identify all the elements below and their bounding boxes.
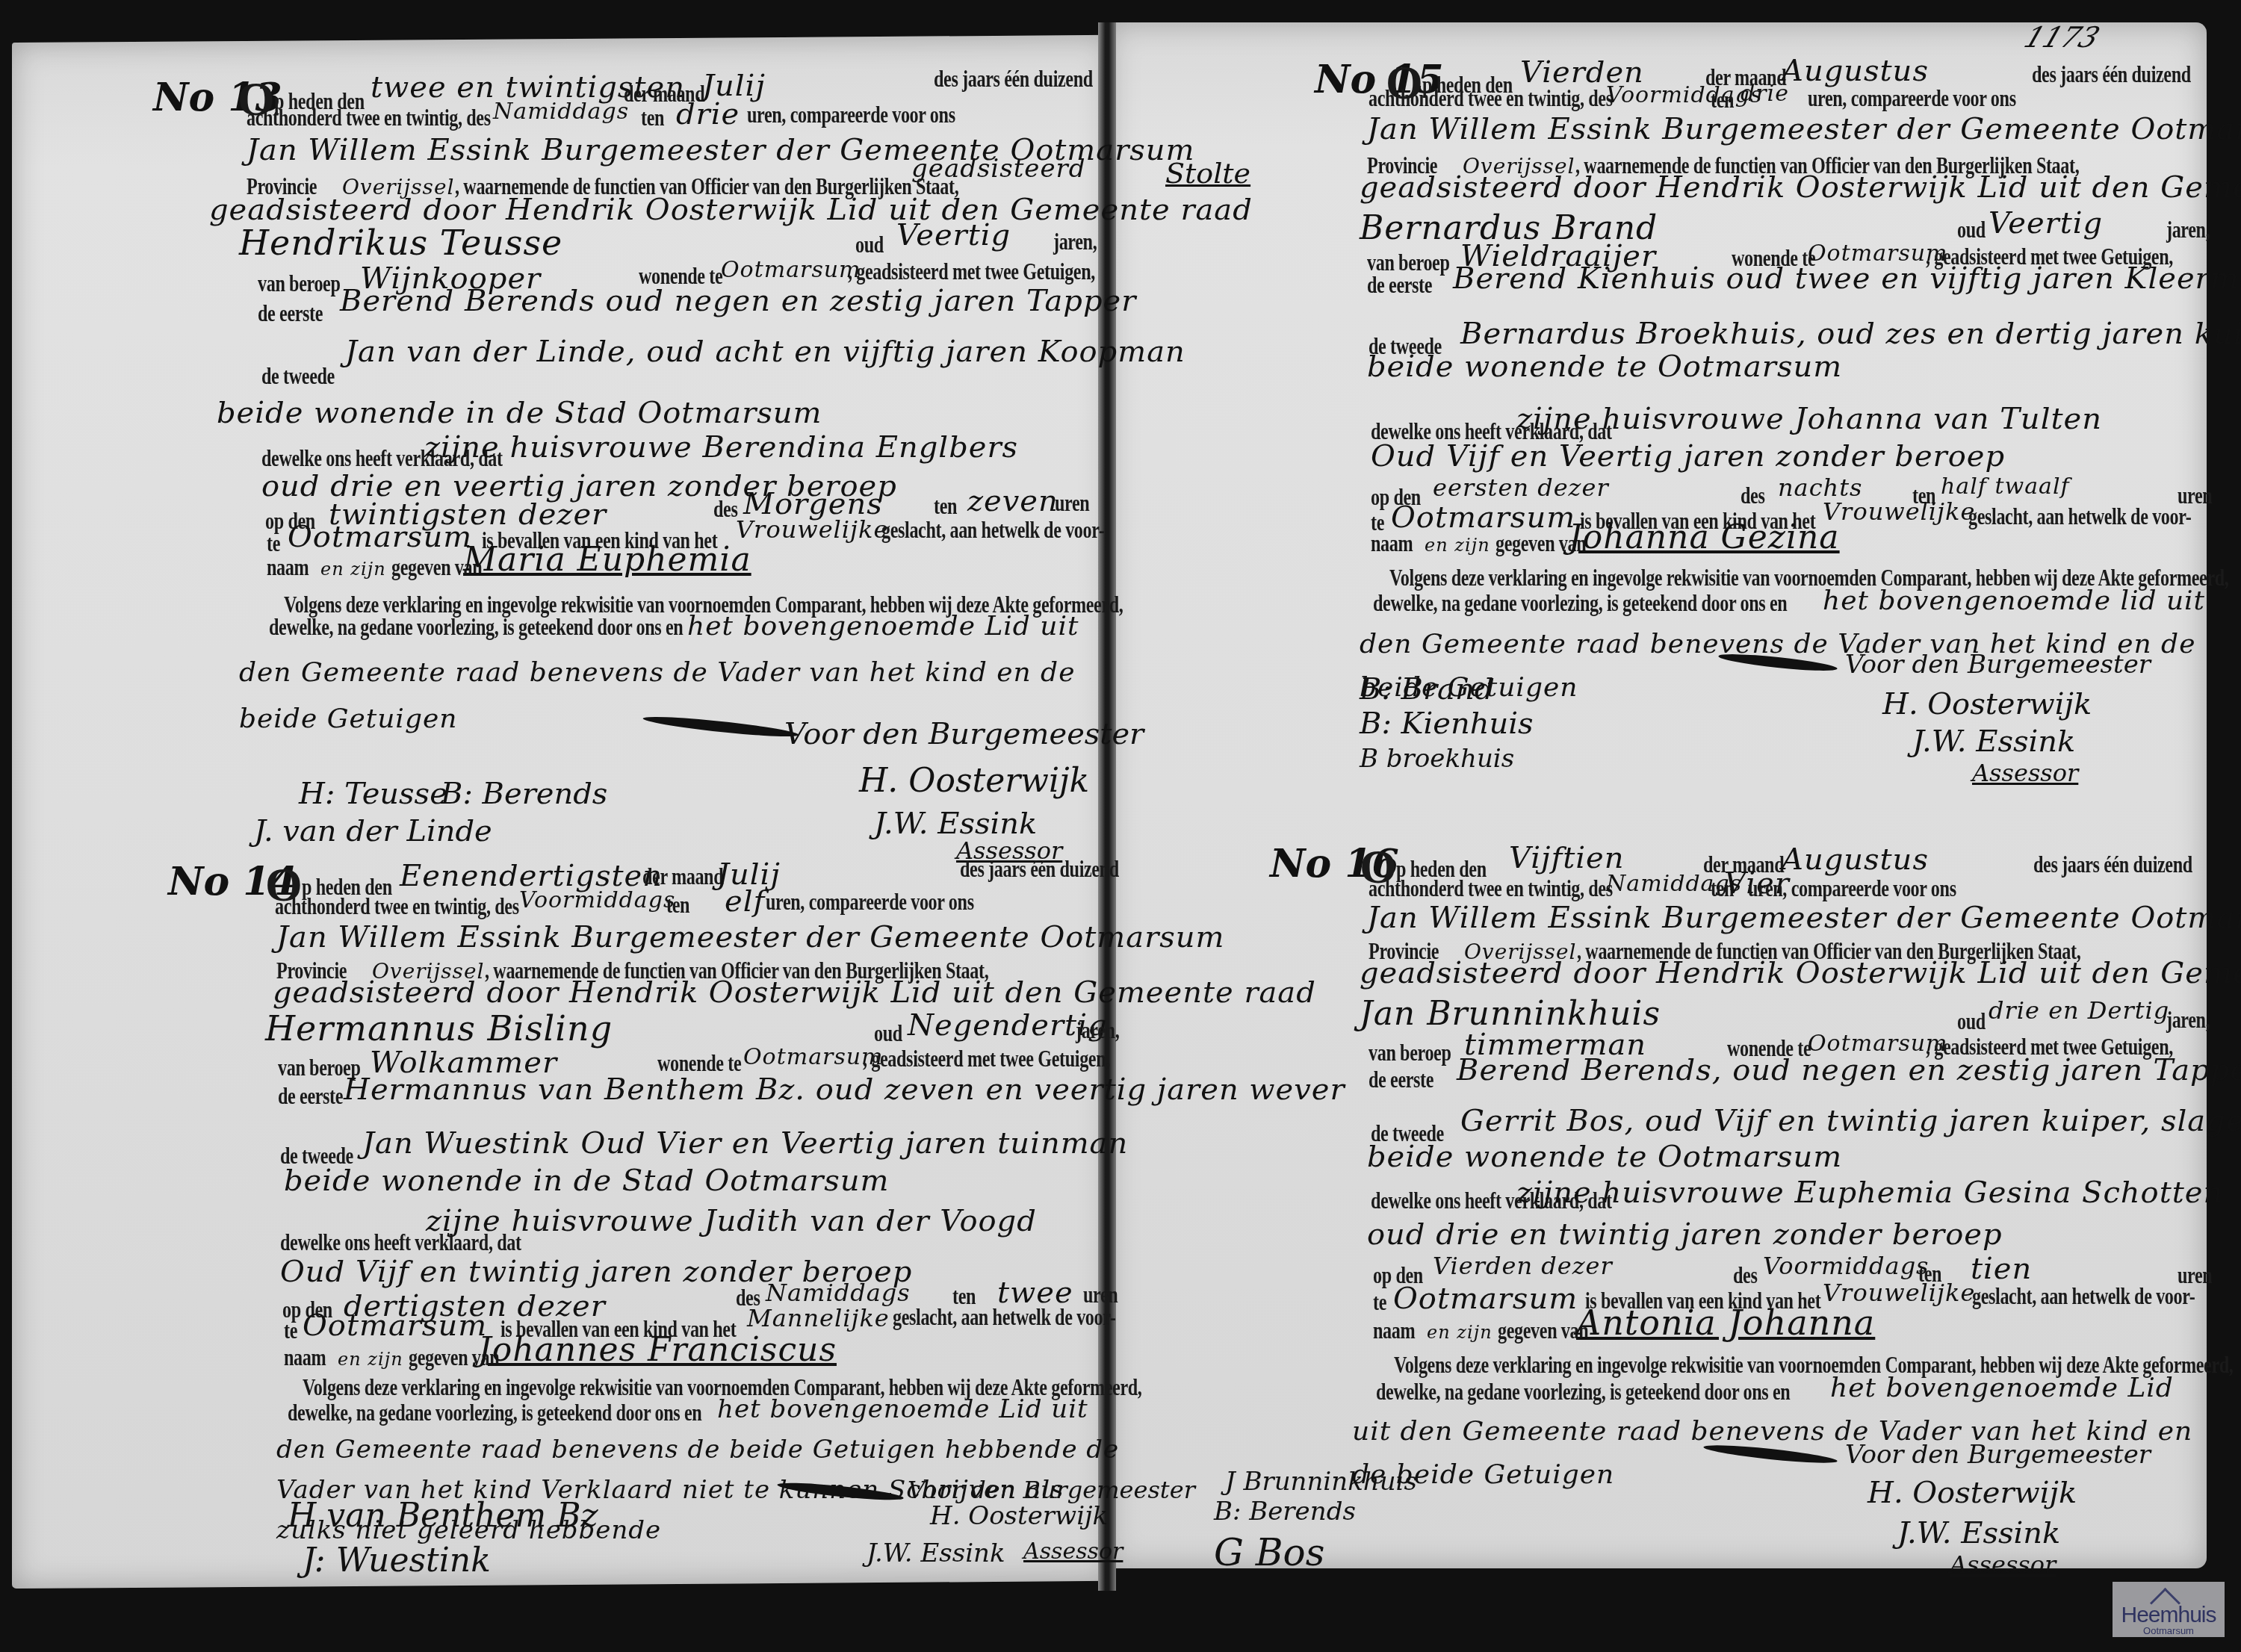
assisted-field: geadsisteerd door Hendrik Oosterwijk Lid… — [273, 975, 1316, 1010]
signature-oosterwijk: H. Oosterwijk — [1867, 1476, 2077, 1510]
sex-field: Vrouwelijke — [736, 515, 888, 544]
signature-berends: B: Berends — [441, 777, 607, 811]
signed-by-field: het bovengenoemde Lid uit den Gemeente r… — [1352, 1367, 2219, 1497]
official-field: Jan Willem Essink Burgemeester der Gemee… — [1367, 901, 2241, 935]
signature-essink: J.W. Essink — [1912, 724, 2075, 759]
signature-voor-burgemeester: Voor den Burgemeester — [784, 717, 1144, 751]
birth-time-part-field: Voormiddags — [1763, 1252, 1930, 1280]
signature-oosterwijk: H. Oosterwijk — [1882, 687, 2092, 721]
witness-2-field: Jan van der Linde, oud acht en vijftig j… — [345, 335, 1185, 369]
witness-2-field: Jan Wuestink Oud Vier en Veertig jaren t… — [362, 1126, 1128, 1161]
wife-field: zijne huisvrouwe Euphemia Gesina Schotte… — [1516, 1176, 2223, 1210]
assisted-field: geadsisteerd door Hendrik Oosterwijk Lid… — [1360, 956, 2241, 990]
wife-field: zijne huisvrouwe Johanna van Tulten — [1516, 402, 2102, 436]
witness-1-field: Berend Berends, oud negen en zestig jare… — [1457, 1053, 2241, 1087]
signature-kienhuis: B: Kienhuis — [1360, 707, 1534, 741]
witness-residence-field: beide wonende in de Stad Ootmarsum — [217, 396, 822, 430]
birth-place-field: Ootmarsum — [1393, 1282, 1578, 1316]
part-of-day-field: Namiddags — [493, 99, 629, 125]
father-field: Hermannus Bisling — [265, 1008, 613, 1049]
month-field: Augustus — [1782, 842, 1929, 877]
official-field: Jan Willem Essink Burgemeester der Gemee… — [1367, 112, 2241, 146]
child-name-field: Johannes Franciscus — [478, 1331, 837, 1369]
book-gutter — [1098, 22, 1116, 1591]
father-age-field: drie en Dertig — [1989, 996, 2169, 1025]
signature-van-benthem: H van Benthem Bz — [288, 1497, 598, 1535]
witness-residence-field: beide wonende te Ootmarsum — [1367, 1140, 1842, 1174]
witness-residence-field: beide wonende in de Stad Ootmarsum — [284, 1164, 890, 1198]
signature-assessor: Assessor — [1023, 1538, 1123, 1565]
heemhuis-watermark: Heemhuis Ootmarsum — [2113, 1582, 2225, 1637]
signature-voor-burgemeester: Voor den Burgemeester — [1845, 650, 2151, 680]
hour-field: elf — [725, 884, 765, 919]
witness-2-field: Bernardus Broekhuis, oud zes en dertig j… — [1460, 317, 2241, 351]
father-age-field: Veertig — [1989, 206, 2103, 240]
wife-age-field: Oud Vijf en Veertig jaren zonder beroep — [1371, 439, 2005, 473]
sex-field: Mannelijke — [747, 1304, 890, 1332]
birth-date-field: Vierden dezer — [1433, 1252, 1613, 1280]
wife-field: zijne huisvrouwe Berendina Englbers — [424, 430, 1018, 465]
birth-date-field: eersten dezer — [1433, 473, 1609, 502]
signature-essink: J.W. Essink — [1897, 1516, 2060, 1550]
birth-hour-field: half twaalf — [1941, 473, 2070, 500]
witness-1-field: Berend Berends oud negen en zestig jaren… — [340, 284, 1136, 318]
signature-essink: J.W. Essink — [867, 1538, 1005, 1568]
part-of-day-field: Voormiddags — [519, 887, 675, 913]
signature-bos: G Bos — [1214, 1531, 1324, 1574]
assisted-field: geadsisteerd door Hendrik Oosterwijk Lid… — [1360, 170, 2241, 205]
register-spread: 1173 Stolte No 13 Op heden den twee en t… — [0, 0, 2241, 1652]
child-name-field: Antonia Johanna — [1576, 1302, 1875, 1343]
signature-berends: B: Berends — [1214, 1497, 1356, 1527]
child-name-field: Maria Euphemia — [463, 541, 751, 579]
birth-hour-field: tien — [1971, 1252, 2032, 1286]
signature-wuestink: J: Wuestink — [303, 1541, 491, 1580]
signature-assessor: Assessor — [1950, 1550, 2056, 1579]
signature-teusse: H: Teusse — [299, 777, 447, 811]
wife-age-field: oud drie en twintig jaren zonder beroep — [1367, 1217, 2003, 1252]
father-field: Hendrikus Teusse — [239, 223, 562, 263]
witness-2-field: Gerrit Bos, oud Vijf en twintig jaren ku… — [1460, 1104, 2241, 1138]
signature-van-der-linde: J. van der Linde — [254, 814, 492, 848]
signature-oosterwijk: H. Oosterwijk — [930, 1501, 1108, 1531]
father-age-field: Veertig — [896, 218, 1011, 252]
hour-field: drie — [1741, 81, 1789, 107]
hour-field: drie — [676, 97, 740, 131]
child-name-field: Johanna Gezina — [1569, 518, 1840, 556]
signature-voor-burgemeester: Voor den Burgemeester — [908, 1476, 1195, 1504]
witness-1-field: Hermannus van Benthem Bz. oud zeven en v… — [344, 1072, 1345, 1107]
signature-broekhuis: B broekhuis — [1360, 744, 1514, 774]
birth-hour-field: zeven — [967, 484, 1058, 518]
wife-field: zijne huisvrouwe Judith van der Voogd — [426, 1204, 1037, 1238]
signature-oosterwijk: H. Oosterwijk — [859, 762, 1089, 800]
witness-residence-field: beide wonende te Ootmarsum — [1367, 350, 1842, 384]
signature-voor-burgemeester: Voor den Burgemeester — [1845, 1440, 2151, 1470]
signature-brand: B: Brand — [1360, 672, 1493, 707]
signature-assessor: Assessor — [1972, 759, 2078, 787]
birth-time-part-field: Namiddags — [766, 1279, 911, 1307]
month-field: Augustus — [1782, 54, 1929, 88]
signature-brunninkhuis: J Brunninkhuis — [1225, 1467, 1417, 1497]
official-field: Jan Willem Essink Burgemeester der Gemee… — [276, 920, 1224, 954]
sex-field: Vrouwelijke — [1823, 497, 1975, 526]
birth-place-field: Ootmarsum — [288, 520, 472, 554]
folio-number: 1173 — [2020, 21, 2104, 54]
witness-1-field: Berend Kienhuis oud twee en vijftig jare… — [1453, 261, 2241, 296]
residence-field: Ootmarsum — [721, 257, 861, 283]
birth-place-field: Ootmarsum — [303, 1308, 487, 1343]
